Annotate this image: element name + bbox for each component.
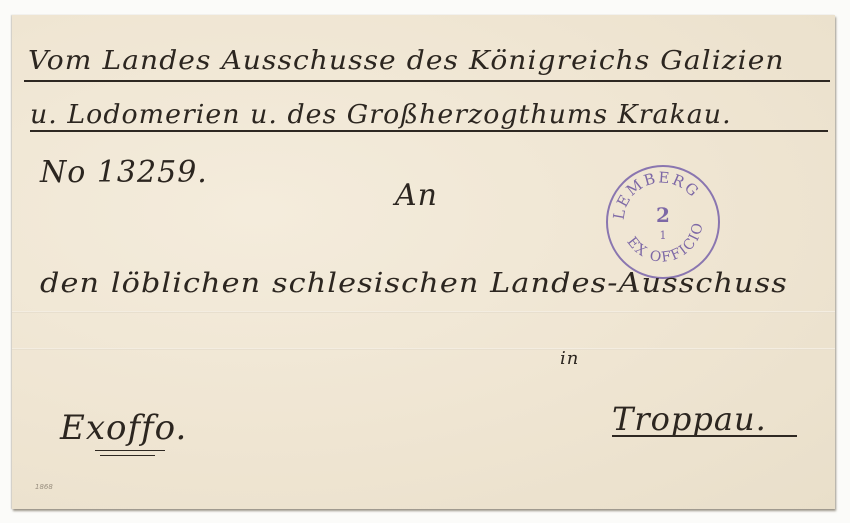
franking-underline (100, 455, 155, 456)
fold-line (12, 311, 835, 313)
sender-line-1: Vom Landes Ausschusse des Königreichs Ga… (28, 46, 785, 76)
franking-note: Exoffo. (60, 408, 187, 448)
destination-underline (612, 435, 797, 437)
reference-number: No 13259. (40, 155, 208, 190)
postmark-stamp: LEMBERG EX OFFICIO 2 1 (606, 165, 720, 279)
franking-underline (95, 450, 165, 451)
postmark-month: 1 (608, 229, 718, 242)
postmark-day: 2 (608, 203, 718, 227)
fold-line (12, 348, 835, 350)
pencil-note: 1868 (35, 483, 53, 491)
salutation: An (395, 178, 438, 213)
sender-line-2: u. Lodomerien u. des Großherzogthums Kra… (30, 100, 732, 130)
destination: Troppau. (612, 400, 767, 438)
svg-text:EX OFFICIO: EX OFFICIO (624, 220, 707, 266)
preposition: in (560, 348, 579, 369)
addressee: den löblichen schlesischen Landes-Aussch… (40, 268, 788, 299)
sender-underline-1 (24, 80, 830, 82)
sender-underline-2 (30, 130, 828, 132)
